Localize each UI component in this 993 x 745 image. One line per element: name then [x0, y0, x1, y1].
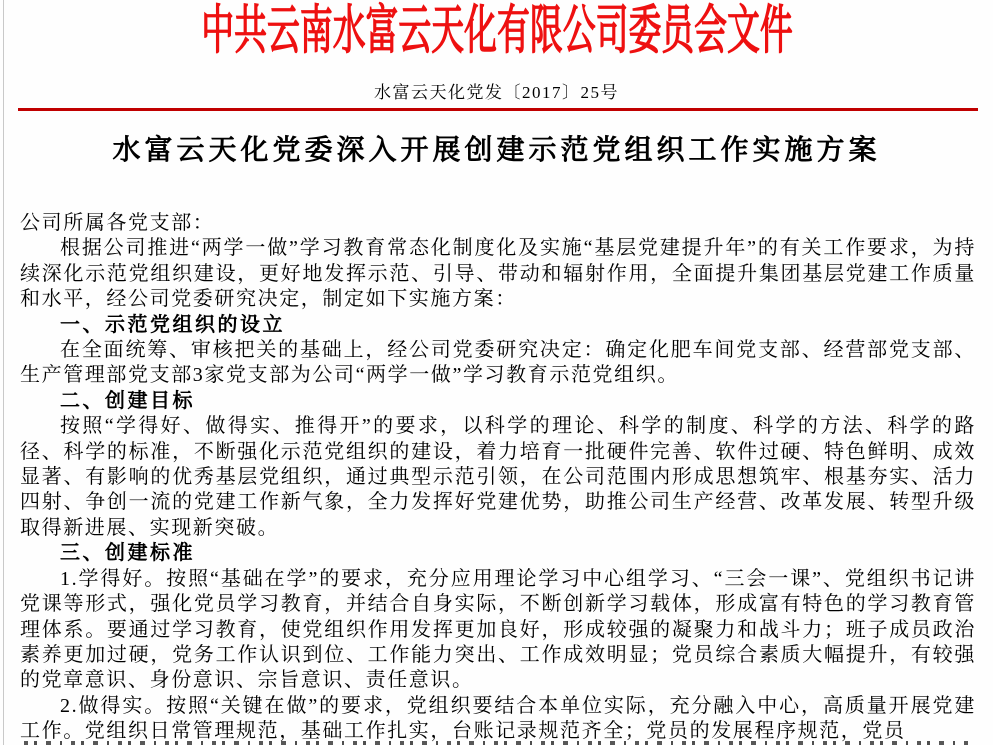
- page-edge-line: [3, 0, 4, 745]
- body-paragraph: 在全面统筹、审核把关的基础上，经公司党委研究决定：确定化肥车间党支部、经营部党支…: [20, 338, 976, 389]
- body-paragraphs: 根据公司推进“两学一做”学习教育常态化制度化及实施“基层党建提升年”的有关工作要…: [20, 236, 976, 744]
- body-paragraph: 2.做得实。按照“关键在做”的要求，党组织要结合本单位实际，充分融入中心，高质量…: [20, 694, 976, 745]
- issuer-header: 中共云南水富云天化有限公司委员会文件: [201, 2, 792, 60]
- section-heading: 一、示范党组织的设立: [20, 313, 976, 338]
- document-title: 水富云天化党委深入开展创建示范党组织工作实施方案: [0, 134, 993, 168]
- body-paragraph: 1.学得好。按照“基础在学”的要求，充分应用理论学习中心组学习、“三会一课”、党…: [20, 567, 976, 694]
- issuer-header-row: 中共云南水富云天化有限公司委员会文件: [0, 2, 993, 60]
- red-divider-line: [18, 108, 978, 111]
- document-page: 中共云南水富云天化有限公司委员会文件 水富云天化党发〔2017〕25号 水富云天…: [0, 0, 993, 745]
- doc-number: 水富云天化党发〔2017〕25号: [0, 78, 993, 103]
- section-heading: 三、创建标准: [20, 541, 976, 566]
- body-paragraph: 按照“学得好、做得实、推得开”的要求，以科学的理论、科学的制度、科学的方法、科学…: [20, 414, 976, 541]
- document-body: 公司所属各党支部： 根据公司推进“两学一做”学习教育常态化制度化及实施“基层党建…: [20, 211, 976, 745]
- section-heading: 二、创建目标: [20, 389, 976, 414]
- clipped-text-line: [24, 741, 970, 745]
- salutation: 公司所属各党支部：: [20, 211, 976, 236]
- body-paragraph: 根据公司推进“两学一做”学习教育常态化制度化及实施“基层党建提升年”的有关工作要…: [20, 236, 976, 312]
